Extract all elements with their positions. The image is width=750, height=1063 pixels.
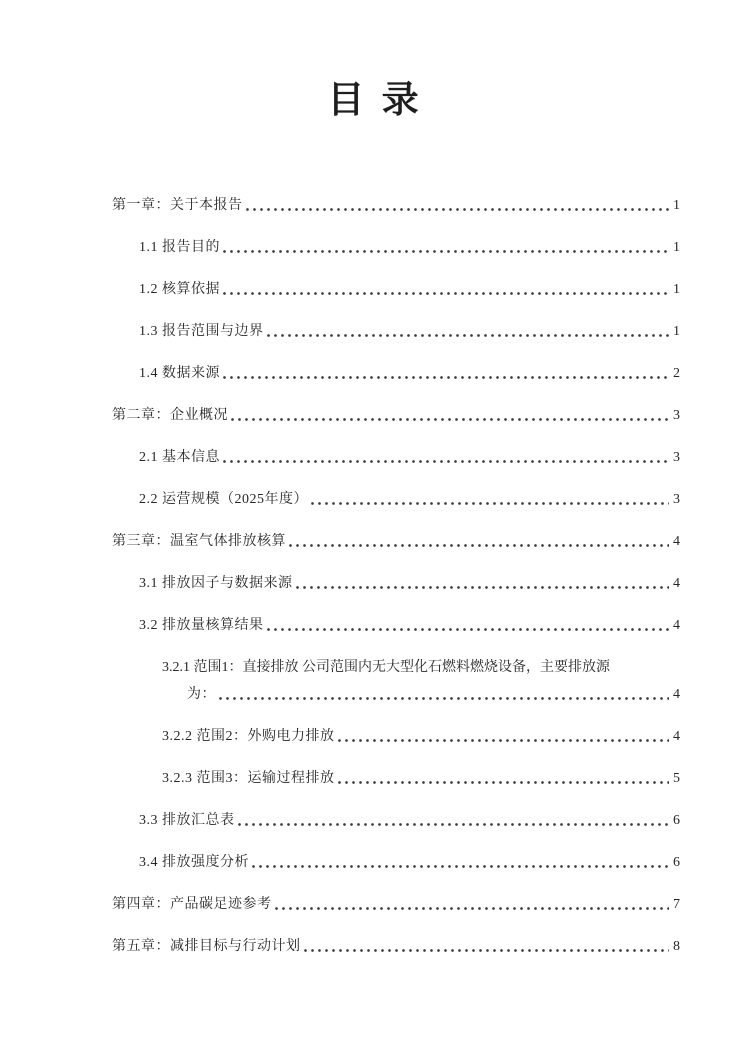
toc-entry-3-4[interactable]: 3.4 排放强度分析 6 xyxy=(112,849,680,876)
toc-entry-2-2[interactable]: 2.2 运营规模（2025年度） 3 xyxy=(112,486,680,513)
toc-entry-page: 2 xyxy=(673,360,680,387)
dot-leader xyxy=(219,697,669,700)
dot-leader xyxy=(252,865,669,868)
toc-entry-page: 4 xyxy=(673,681,680,708)
toc-entry-label: 1.1 报告目的 xyxy=(139,234,220,261)
toc-entry-label: 第三章：温室气体排放核算 xyxy=(112,528,286,555)
toc-entry-page: 4 xyxy=(673,612,680,639)
toc-entry-3-2-3[interactable]: 3.2.3 范围3：运输过程排放 5 xyxy=(112,765,680,792)
toc-entry-3-3[interactable]: 3.3 排放汇总表 6 xyxy=(112,807,680,834)
toc-entry-label: 2.1 基本信息 xyxy=(139,444,220,471)
dot-leader xyxy=(231,418,669,421)
dot-leader xyxy=(289,544,669,547)
toc-entry-page: 1 xyxy=(673,234,680,261)
table-of-contents: 第一章：关于本报告 1 1.1 报告目的 1 1.2 核算依据 1 1.3 报告… xyxy=(112,192,680,960)
toc-entry-page: 6 xyxy=(673,807,680,834)
toc-entry-page: 3 xyxy=(673,486,680,513)
toc-entry-1-2[interactable]: 1.2 核算依据 1 xyxy=(112,276,680,303)
toc-entry-1-3[interactable]: 1.3 报告范围与边界 1 xyxy=(112,318,680,345)
toc-entry-label: 3.3 排放汇总表 xyxy=(139,807,235,834)
dot-leader xyxy=(267,334,670,337)
toc-entry-1-4[interactable]: 1.4 数据来源 2 xyxy=(112,360,680,387)
toc-entry-page: 4 xyxy=(673,570,680,597)
toc-entry-3-1[interactable]: 3.1 排放因子与数据来源 4 xyxy=(112,570,680,597)
toc-entry-label: 第一章：关于本报告 xyxy=(112,192,243,219)
toc-entry-3-2-2[interactable]: 3.2.2 范围2：外购电力排放 4 xyxy=(112,723,680,750)
toc-entry-page: 4 xyxy=(673,723,680,750)
toc-entry-label: 第四章：产品碳足迹参考 xyxy=(112,891,272,918)
toc-entry-label: 第五章：减排目标与行动计划 xyxy=(112,933,301,960)
toc-entry-label: 3.1 排放因子与数据来源 xyxy=(139,570,293,597)
dot-leader xyxy=(296,586,670,589)
toc-entry-page: 7 xyxy=(673,891,680,918)
toc-entry-label: 第二章：企业概况 xyxy=(112,402,228,429)
toc-entry-label: 3.4 排放强度分析 xyxy=(139,849,249,876)
dot-leader xyxy=(338,781,670,784)
toc-entry-page: 3 xyxy=(673,444,680,471)
toc-entry-label: 1.4 数据来源 xyxy=(139,360,220,387)
toc-entry-chapter-3[interactable]: 第三章：温室气体排放核算 4 xyxy=(112,528,680,555)
dot-leader xyxy=(311,502,669,505)
toc-entry-label-line2: 为： xyxy=(187,681,216,708)
dot-leader xyxy=(238,823,670,826)
dot-leader xyxy=(223,376,669,379)
toc-entry-3-2-1[interactable]: 3.2.1 范围1：直接排放 公司范围内无大型化石燃料燃烧设备，主要排放源 为：… xyxy=(112,654,680,708)
dot-leader xyxy=(223,460,669,463)
dot-leader xyxy=(223,292,669,295)
toc-entry-3-2[interactable]: 3.2 排放量核算结果 4 xyxy=(112,612,680,639)
toc-entry-label: 2.2 运营规模（2025年度） xyxy=(139,486,308,513)
dot-leader xyxy=(338,739,670,742)
toc-entry-page: 1 xyxy=(673,192,680,219)
dot-leader xyxy=(304,949,670,952)
toc-entry-page: 5 xyxy=(673,765,680,792)
toc-entry-label: 3.2.3 范围3：运输过程排放 xyxy=(162,765,335,792)
toc-entry-chapter-1[interactable]: 第一章：关于本报告 1 xyxy=(112,192,680,219)
toc-entry-chapter-2[interactable]: 第二章：企业概况 3 xyxy=(112,402,680,429)
dot-leader xyxy=(267,628,670,631)
toc-entry-label: 3.2.2 范围2：外购电力排放 xyxy=(162,723,335,750)
toc-entry-page: 3 xyxy=(673,402,680,429)
toc-entry-page: 6 xyxy=(673,849,680,876)
toc-entry-1-1[interactable]: 1.1 报告目的 1 xyxy=(112,234,680,261)
toc-entry-page: 4 xyxy=(673,528,680,555)
toc-entry-chapter-5[interactable]: 第五章：减排目标与行动计划 8 xyxy=(112,933,680,960)
document-page: 目 录 第一章：关于本报告 1 1.1 报告目的 1 1.2 核算依据 1 1.… xyxy=(0,0,750,1063)
page-title: 目 录 xyxy=(0,78,750,124)
toc-entry-2-1[interactable]: 2.1 基本信息 3 xyxy=(112,444,680,471)
toc-entry-label-line1: 3.2.1 范围1：直接排放 公司范围内无大型化石燃料燃烧设备，主要排放源 xyxy=(162,654,680,681)
toc-entry-label: 1.2 核算依据 xyxy=(139,276,220,303)
dot-leader xyxy=(275,907,670,910)
dot-leader xyxy=(246,208,670,211)
toc-entry-page: 1 xyxy=(673,276,680,303)
toc-entry-page: 1 xyxy=(673,318,680,345)
toc-entry-chapter-4[interactable]: 第四章：产品碳足迹参考 7 xyxy=(112,891,680,918)
toc-entry-label: 3.2 排放量核算结果 xyxy=(139,612,264,639)
dot-leader xyxy=(223,250,669,253)
toc-entry-label: 1.3 报告范围与边界 xyxy=(139,318,264,345)
toc-entry-page: 8 xyxy=(673,933,680,960)
